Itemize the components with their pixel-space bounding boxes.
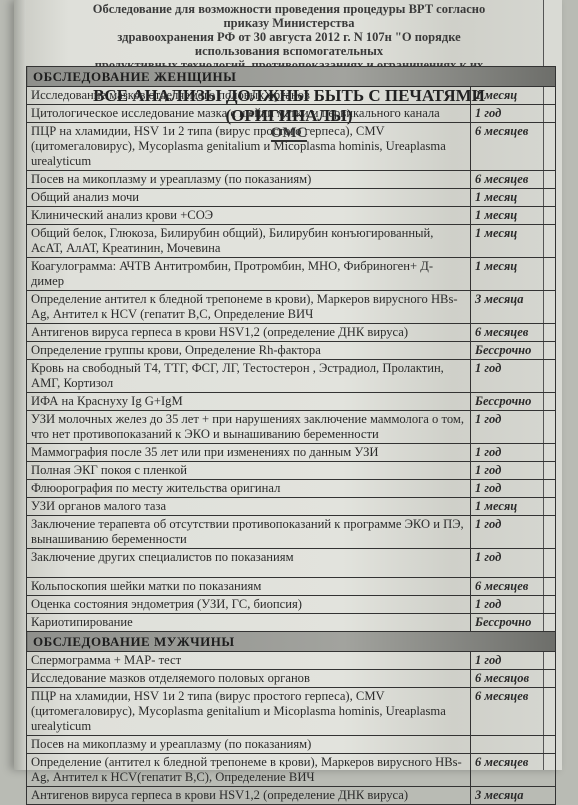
table-row: ПЦР на хламидии, HSV 1и 2 типа (вирус пр… bbox=[27, 123, 556, 171]
table-row: Определение антител к бледной трепонеме … bbox=[27, 291, 556, 324]
section-men: ОБСЛЕДОВАНИЕ МУЖЧИНЫ bbox=[27, 632, 556, 652]
validity-period: 6 месяцев bbox=[471, 578, 556, 596]
table-row: Заключение других специалистов по показа… bbox=[27, 549, 556, 578]
validity-period: Бессрочно bbox=[471, 614, 556, 632]
table-row: Посев на микоплазму и уреаплазму (по пок… bbox=[27, 736, 556, 754]
test-name: Маммография после 35 лет или при изменен… bbox=[27, 444, 471, 462]
validity-period: 6 месяцев bbox=[471, 754, 556, 771]
table-row: Флюорография по месту жительства оригина… bbox=[27, 480, 556, 498]
test-name: Посев на микоплазму и уреаплазму (по пок… bbox=[27, 736, 471, 754]
header-line-2: здравоохранения РФ от 30 августа 2012 г.… bbox=[74, 30, 504, 58]
table-row: Посев на микоплазму и уреаплазму (по пок… bbox=[27, 171, 556, 189]
validity-period: 1 месяц bbox=[471, 225, 556, 258]
table-row: Спермограмма + МАР- тест1 год bbox=[27, 652, 556, 670]
validity-period: 1 месяц bbox=[471, 498, 556, 516]
test-name: Клинический анализ крови +СОЭ bbox=[27, 207, 471, 225]
test-name: Коагулограмма: АЧТВ Антитромбин, Протром… bbox=[27, 258, 471, 291]
table-row: ИФА на Краснуху Ig G+IgMБессрочно bbox=[27, 393, 556, 411]
test-name: УЗИ молочных желез до 35 лет + при наруш… bbox=[27, 411, 471, 444]
validity-period: 1 месяц bbox=[471, 207, 556, 225]
validity-period: 1 год bbox=[471, 105, 556, 123]
validity-period: 1 год bbox=[471, 360, 556, 393]
test-name: Определение антител к бледной трепонеме … bbox=[27, 291, 471, 324]
table-row: Общий анализ мочи1 месяц bbox=[27, 189, 556, 207]
table-row: Маммография после 35 лет или при изменен… bbox=[27, 444, 556, 462]
table-row: Заключение терапевта об отсутствии проти… bbox=[27, 516, 556, 549]
test-name: Полная ЭКГ покоя с пленкой bbox=[27, 462, 471, 480]
test-name: Исследование мазков отделяемого половых … bbox=[27, 87, 471, 105]
table-row: Цитологическое исследование мазка с шейк… bbox=[27, 105, 556, 123]
test-name: Определение группы крови, Определение Rh… bbox=[27, 342, 471, 360]
header-line-1: Обследование для возможности проведения … bbox=[74, 2, 504, 30]
test-name: Общий анализ мочи bbox=[27, 189, 471, 207]
validity-period: 1 год bbox=[471, 444, 556, 462]
test-name: Посев на микоплазму и уреаплазму (по пок… bbox=[27, 171, 471, 189]
validity-period: 1 год bbox=[471, 462, 556, 480]
test-name: Определение (антител к бледной трепонеме… bbox=[27, 754, 471, 771]
test-name: Флюорография по месту жительства оригина… bbox=[27, 480, 471, 498]
table-row: ПЦР на хламидии, HSV 1и 2 типа (вирус пр… bbox=[27, 688, 556, 736]
table-row: УЗИ молочных желез до 35 лет + при наруш… bbox=[27, 411, 556, 444]
validity-period: 6 месяцов bbox=[471, 670, 556, 688]
table-row: Клинический анализ крови +СОЭ1 месяц bbox=[27, 207, 556, 225]
table-row: Кровь на свободный Т4, ТТГ, ФСГ, ЛГ, Тес… bbox=[27, 360, 556, 393]
table-row: УЗИ органов малого таза1 месяц bbox=[27, 498, 556, 516]
validity-period: 1 месяц bbox=[471, 189, 556, 207]
table-row: Антигенов вируса герпеса в крови HSV1,2 … bbox=[27, 324, 556, 342]
test-name: Заключение терапевта об отсутствии проти… bbox=[27, 516, 471, 549]
test-name: Цитологическое исследование мазка с шейк… bbox=[27, 105, 471, 123]
table-row: Кольпоскопия шейки матки по показаниям6 … bbox=[27, 578, 556, 596]
validity-period: 6 месяцев bbox=[471, 123, 556, 171]
validity-period: 1 месяц bbox=[471, 87, 556, 105]
table-row: Исследование мазков отделяемого половых … bbox=[27, 670, 556, 688]
table-row: Коагулограмма: АЧТВ Антитромбин, Протром… bbox=[27, 258, 556, 291]
table-row: КариотипированиеБессрочно bbox=[27, 614, 556, 632]
test-name: Заключение других специалистов по показа… bbox=[27, 549, 471, 578]
section-title: ОБСЛЕДОВАНИЕ МУЖЧИНЫ bbox=[27, 632, 556, 652]
test-name: ИФА на Краснуху Ig G+IgM bbox=[27, 393, 471, 411]
test-name: Оценка состояния эндометрия (УЗИ, ГС, би… bbox=[27, 596, 471, 614]
validity-period: 1 год bbox=[471, 411, 556, 444]
test-name: Кровь на свободный Т4, ТТГ, ФСГ, ЛГ, Тес… bbox=[27, 360, 471, 393]
table-row: Оценка состояния эндометрия (УЗИ, ГС, би… bbox=[27, 596, 556, 614]
validity-period: Бессрочно bbox=[471, 393, 556, 411]
validity-period: 1 год bbox=[471, 596, 556, 614]
section-women: ОБСЛЕДОВАНИЕ ЖЕНЩИНЫ bbox=[27, 67, 556, 87]
validity-period: Бессрочно bbox=[471, 342, 556, 360]
table-row: Исследование мазков отделяемого половых … bbox=[27, 87, 556, 105]
test-name: УЗИ органов малого таза bbox=[27, 498, 471, 516]
table-row: Полная ЭКГ покоя с пленкой1 год bbox=[27, 462, 556, 480]
validity-period: 3 месяца bbox=[471, 291, 556, 324]
test-name: Общий белок, Глюкоза, Билирубин общий), … bbox=[27, 225, 471, 258]
test-name: Кариотипирование bbox=[27, 614, 471, 632]
test-name: ПЦР на хламидии, HSV 1и 2 типа (вирус пр… bbox=[27, 688, 471, 736]
table-row: Определение (антител к бледной трепонеме… bbox=[27, 754, 556, 771]
tests-table: ОБСЛЕДОВАНИЕ ЖЕНЩИНЫ Исследование мазков… bbox=[26, 66, 556, 770]
validity-period bbox=[471, 736, 556, 754]
test-name: ПЦР на хламидии, HSV 1и 2 типа (вирус пр… bbox=[27, 123, 471, 171]
validity-period: 1 год bbox=[471, 549, 556, 578]
test-name: Исследование мазков отделяемого половых … bbox=[27, 670, 471, 688]
validity-period: 6 месяцев bbox=[471, 171, 556, 189]
test-name: Антигенов вируса герпеса в крови HSV1,2 … bbox=[27, 324, 471, 342]
validity-period: 6 месяцев bbox=[471, 688, 556, 736]
test-name: Спермограмма + МАР- тест bbox=[27, 652, 471, 670]
table-row: Определение группы крови, Определение Rh… bbox=[27, 342, 556, 360]
table-row: Общий белок, Глюкоза, Билирубин общий), … bbox=[27, 225, 556, 258]
validity-period: 1 год bbox=[471, 652, 556, 670]
validity-period: 1 год bbox=[471, 516, 556, 549]
validity-period: 6 месяцев bbox=[471, 324, 556, 342]
test-name: Кольпоскопия шейки матки по показаниям bbox=[27, 578, 471, 596]
section-title: ОБСЛЕДОВАНИЕ ЖЕНЩИНЫ bbox=[27, 67, 556, 87]
validity-period: 1 год bbox=[471, 480, 556, 498]
page-edge bbox=[14, 0, 26, 770]
validity-period: 1 месяц bbox=[471, 258, 556, 291]
